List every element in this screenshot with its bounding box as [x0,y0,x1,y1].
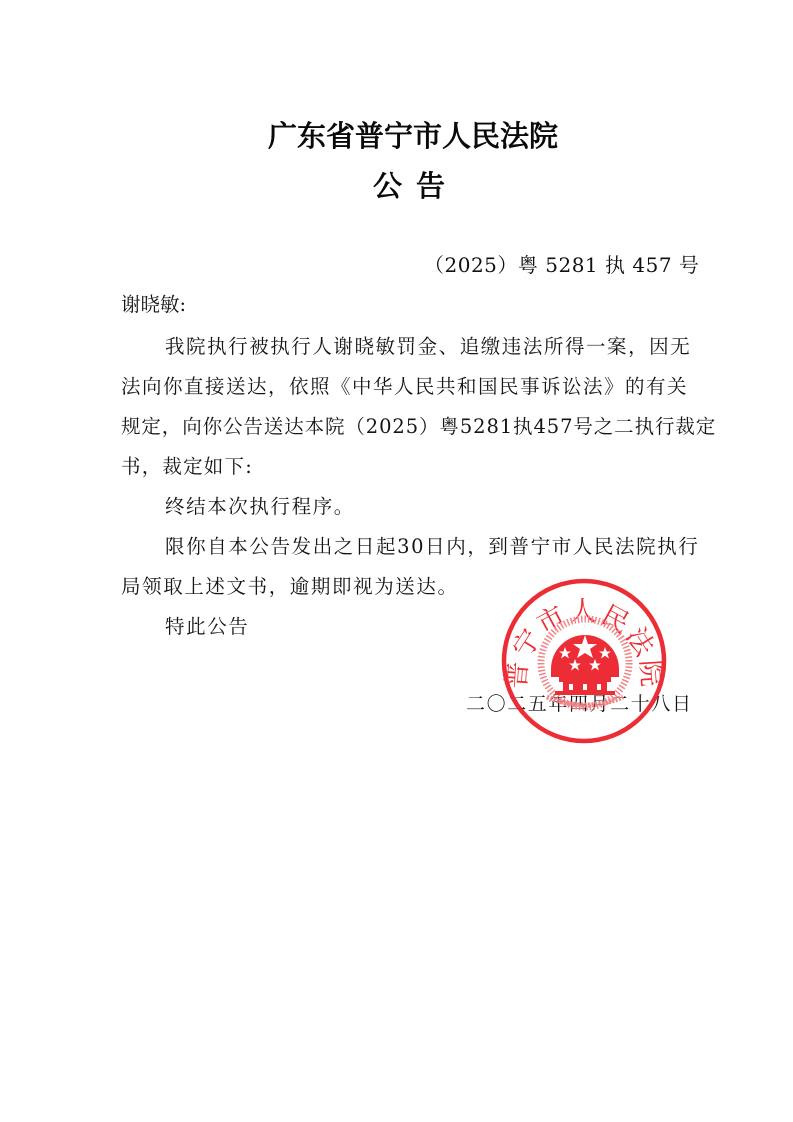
court-name-title: 广东省普宁市人民法院 [268,114,568,155]
body-line-4: 书，裁定如下: [121,451,253,479]
court-seal-icon: 普宁市人民法院 [499,577,669,745]
closing-text: 特此公告 [165,611,249,639]
body-line-7: 局领取上述文书，逾期即视为送达。 [121,571,459,599]
notice-title: 公告 [373,164,473,205]
body-line-3: 规定，向你公告送达本院（2025）粤5281执457号之二执行裁定 [121,411,716,439]
case-number: （2025）粤 5281 执 457 号 [424,249,699,278]
ruling-text: 终结本次执行程序。 [165,491,355,519]
body-line-6: 限你自本公告发出之日起30日内，到普宁市人民法院执行 [165,531,699,559]
seal-text: 普宁市人民法院 [501,597,667,690]
body-line-1: 我院执行被执行人谢晓敏罚金、追缴违法所得一案，因无 [165,331,691,359]
issue-date: 二〇二五年四月二十八日 [466,689,693,716]
body-line-2: 法向你直接送达，依照《中华人民共和国民事诉讼法》的有关 [121,371,688,399]
addressee: 谢晓敏: [121,289,186,317]
document-page: 广东省普宁市人民法院 公告 （2025）粤 5281 执 457 号 谢晓敏: … [0,0,793,1122]
